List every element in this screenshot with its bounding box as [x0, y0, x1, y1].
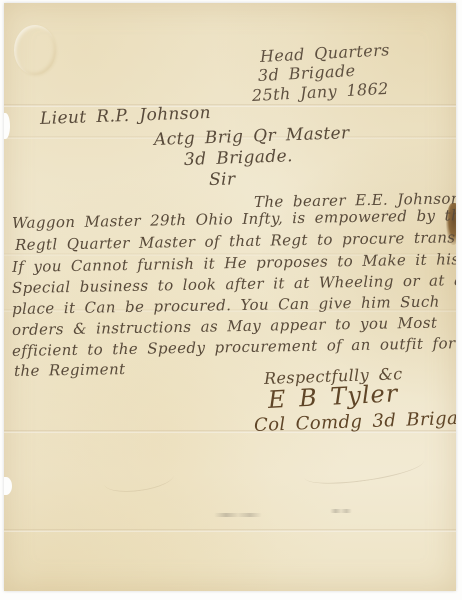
letter-paper: Head Quarters 3d Brigade 25th Jany 1862 …	[4, 3, 456, 591]
body-line-2: Waggon Master 29th Ohio Infty, is empowe…	[12, 206, 456, 232]
salutation: Sir	[209, 170, 236, 190]
letter-photo: Head Quarters 3d Brigade 25th Jany 1862 …	[0, 0, 462, 600]
pencil-mark	[214, 513, 262, 517]
body-line-3: Regtl Quarter Master of that Regt to pro…	[15, 227, 456, 254]
body-line-8: efficient to the Speedy procurement of a…	[12, 334, 456, 360]
fold-line	[4, 529, 456, 532]
pencil-mark	[330, 509, 352, 513]
addressee-line-2: Actg Brig Qr Master	[154, 123, 350, 150]
paper-edge-chip	[4, 477, 12, 495]
addressee-line-1: Lieut R.P. Johnson	[40, 103, 212, 129]
embossed-seal	[14, 25, 56, 75]
paper-edge-chip	[4, 113, 10, 139]
signature: E B Tyler	[267, 379, 399, 414]
fold-line	[4, 104, 456, 107]
body-line-9: the Regiment	[14, 360, 126, 380]
addressee-line-3: 3d Brigade.	[184, 146, 294, 170]
pencil-scratch	[103, 463, 176, 496]
pencil-scratch	[303, 450, 425, 489]
